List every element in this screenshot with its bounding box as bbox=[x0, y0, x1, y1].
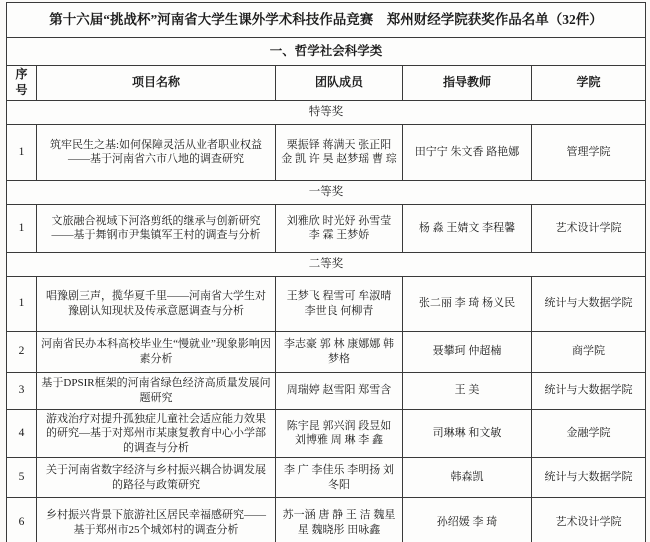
award-tier-label: 二等奖 bbox=[7, 252, 646, 276]
table-row: 1 筑牢民生之基:如何保障灵活从业者职业权益——基于河南省六市八地的调查研究 栗… bbox=[7, 124, 646, 180]
advisors-cell: 田宁宁 朱文香 路艳娜 bbox=[403, 124, 532, 180]
document-title-row: 第十六届“挑战杯”河南省大学生课外学术科技作品竞赛 郑州财经学院获奖作品名单（3… bbox=[7, 3, 646, 38]
column-header-row: 序号 项目名称 团队成员 指导教师 学院 bbox=[7, 66, 646, 101]
row-number-cell: 4 bbox=[7, 409, 37, 458]
advisors-cell: 聂攀珂 仲超楠 bbox=[403, 331, 532, 372]
project-name-cell: 游戏治疗对提升孤独症儿童社会适应能力效果的研究—基于对郑州市某康复教育中心小学部… bbox=[37, 409, 276, 458]
team-members-cell: 栗振铎 蒋满天 张正阳 金 凯 许 昊 赵梦瑶 曹 琮 bbox=[276, 124, 403, 180]
project-name-cell: 筑牢民生之基:如何保障灵活从业者职业权益——基于河南省六市八地的调查研究 bbox=[37, 124, 276, 180]
table-row: 5 关于河南省数字经济与乡村振兴耦合协调发展的路径与政策研究 李 广 李佳乐 李… bbox=[7, 458, 646, 498]
column-header-advisor: 指导教师 bbox=[403, 66, 532, 101]
project-name-cell: 河南省民办本科高校毕业生“慢就业”现象影响因素分析 bbox=[37, 331, 276, 372]
row-number-cell: 1 bbox=[7, 124, 37, 180]
team-members-cell: 李 广 李佳乐 李明扬 刘冬阳 bbox=[276, 458, 403, 498]
team-members-cell: 王梦飞 程雪可 牟淑晴 李世良 何柳青 bbox=[276, 276, 403, 331]
award-tier-band-row: 二等奖 bbox=[7, 252, 646, 276]
row-number-cell: 1 bbox=[7, 276, 37, 331]
college-cell: 管理学院 bbox=[532, 124, 646, 180]
section-title: 一、哲学社会科学类 bbox=[7, 38, 646, 66]
award-tier-label: 特等奖 bbox=[7, 100, 646, 124]
table-row: 1 唱豫剧三声，揽华夏千里——河南省大学生对豫剧认知现状及传承意愿调查与分析 王… bbox=[7, 276, 646, 331]
table-row: 2 河南省民办本科高校毕业生“慢就业”现象影响因素分析 李志豪 郭 林 康娜娜 … bbox=[7, 331, 646, 372]
column-header-college: 学院 bbox=[532, 66, 646, 101]
project-name-cell: 唱豫剧三声，揽华夏千里——河南省大学生对豫剧认知现状及传承意愿调查与分析 bbox=[37, 276, 276, 331]
advisors-cell: 王 美 bbox=[403, 372, 532, 409]
table-row: 3 基于DPSIR框架的河南省绿色经济高质量发展问题研究 周瑞婷 赵雪阳 郑雪含… bbox=[7, 372, 646, 409]
advisors-cell: 张二丽 李 琦 杨义民 bbox=[403, 276, 532, 331]
advisors-cell: 韩森凯 bbox=[403, 458, 532, 498]
team-members-cell: 李志豪 郭 林 康娜娜 韩梦格 bbox=[276, 331, 403, 372]
team-members-cell: 周瑞婷 赵雪阳 郑雪含 bbox=[276, 372, 403, 409]
row-number-cell: 2 bbox=[7, 331, 37, 372]
college-cell: 金融学院 bbox=[532, 409, 646, 458]
award-tier-band-row: 一等奖 bbox=[7, 180, 646, 204]
row-number-cell: 1 bbox=[7, 204, 37, 252]
row-number-cell: 3 bbox=[7, 372, 37, 409]
project-name-cell: 文旅融合视域下河洛剪纸的继承与创新研究——基于舞钢市尹集镇军王村的调查与分析 bbox=[37, 204, 276, 252]
college-cell: 统计与大数据学院 bbox=[532, 372, 646, 409]
award-tier-label: 一等奖 bbox=[7, 180, 646, 204]
section-header-row: 一、哲学社会科学类 bbox=[7, 38, 646, 66]
college-cell: 商学院 bbox=[532, 331, 646, 372]
column-header-project: 项目名称 bbox=[37, 66, 276, 101]
team-members-cell: 陈宇昆 郭兴润 段昱如 刘博雅 周 琳 李 鑫 bbox=[276, 409, 403, 458]
award-tier-band-row: 特等奖 bbox=[7, 100, 646, 124]
row-number-cell: 5 bbox=[7, 458, 37, 498]
advisors-cell: 孙绍媛 李 琦 bbox=[403, 498, 532, 542]
team-members-cell: 苏一涵 唐 静 王 洁 魏星星 魏晓彤 田咏鑫 bbox=[276, 498, 403, 542]
college-cell: 统计与大数据学院 bbox=[532, 458, 646, 498]
project-name-cell: 关于河南省数字经济与乡村振兴耦合协调发展的路径与政策研究 bbox=[37, 458, 276, 498]
project-name-cell: 乡村振兴背景下旅游社区居民幸福感研究——基于郑州市25个城郊村的调查分析 bbox=[37, 498, 276, 542]
project-name-cell: 基于DPSIR框架的河南省绿色经济高质量发展问题研究 bbox=[37, 372, 276, 409]
page-title: 第十六届“挑战杯”河南省大学生课外学术科技作品竞赛 郑州财经学院获奖作品名单（3… bbox=[7, 3, 646, 38]
award-list-table: 第十六届“挑战杯”河南省大学生课外学术科技作品竞赛 郑州财经学院获奖作品名单（3… bbox=[6, 2, 646, 542]
advisors-cell: 司琳琳 和文敏 bbox=[403, 409, 532, 458]
college-cell: 统计与大数据学院 bbox=[532, 276, 646, 331]
table-row: 1 文旅融合视域下河洛剪纸的继承与创新研究——基于舞钢市尹集镇军王村的调查与分析… bbox=[7, 204, 646, 252]
college-cell: 艺术设计学院 bbox=[532, 498, 646, 542]
row-number-cell: 6 bbox=[7, 498, 37, 542]
team-members-cell: 刘雅欣 时光妤 孙雪莹 李 霖 王梦娇 bbox=[276, 204, 403, 252]
column-header-serial: 序号 bbox=[7, 66, 37, 101]
table-row: 6 乡村振兴背景下旅游社区居民幸福感研究——基于郑州市25个城郊村的调查分析 苏… bbox=[7, 498, 646, 542]
advisors-cell: 杨 淼 王婧文 李程馨 bbox=[403, 204, 532, 252]
table-row: 4 游戏治疗对提升孤独症儿童社会适应能力效果的研究—基于对郑州市某康复教育中心小… bbox=[7, 409, 646, 458]
column-header-team: 团队成员 bbox=[276, 66, 403, 101]
college-cell: 艺术设计学院 bbox=[532, 204, 646, 252]
